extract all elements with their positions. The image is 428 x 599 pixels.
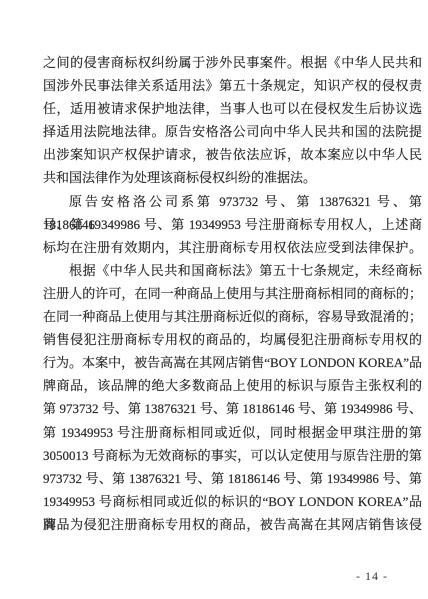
- text-line: 出涉案知识产权保护请求，被告依法应诉，故本案应以中华人民: [43, 143, 422, 166]
- text-line: 任，适用被请求保护地法律，当事人也可以在侵权发生后协议选: [43, 97, 422, 120]
- text-line: 牌商品，该品牌的绝大多数商品上使用的标识与原告主张权利的: [43, 374, 422, 397]
- page-number: - 14 -: [356, 569, 388, 583]
- text-line: 行为。本案中，被告高嵩在其网店销售“BOY LONDON KOREA”品: [43, 351, 422, 374]
- text-line: 商品为侵犯注册商标专用权的商品，被告高嵩在其网店销售该侵: [43, 513, 422, 536]
- text-line: 19349953 号商标相同或近似的标识的“BOY LONDON KOREA”品…: [43, 490, 422, 513]
- text-line: 标均在注册有效期内，其注册商标专用权依法应受到法律保护。: [43, 236, 422, 259]
- document-page: 之间的侵害商标权纠纷属于涉外民事案件。根据《中华人民共和 国涉外民事法律关系适用…: [0, 0, 428, 599]
- text-line: 国涉外民事法律关系适用法》第五十条规定，知识产权的侵权责: [43, 74, 422, 97]
- text-line: 注册人的许可，在同一种商品上使用与其注册商标相同的商标的；: [43, 282, 422, 305]
- text-line: 第 973732 号、第 13876321 号、第 18186146 号、第 1…: [43, 397, 422, 420]
- text-line: 共和国法律作为处理该商标侵权纠纷的准据法。: [43, 166, 422, 189]
- text-line: 973732 号、第 13876321 号、第 18186146 号、第 193…: [43, 467, 422, 490]
- text-line: 原告安格洛公司系第 973732 号、第 13876321 号、第 181861…: [43, 190, 422, 213]
- text-line: 择适用法院地法律。原告安格洛公司向中华人民共和国的法院提: [43, 120, 422, 143]
- text-line: 3050013 号商标为无效商标的事实，可以认定使用与原告注册的第: [43, 444, 422, 467]
- text-line: 销售侵犯注册商标专用权的商品的，均属侵犯注册商标专用权的: [43, 328, 422, 351]
- document-body: 之间的侵害商标权纠纷属于涉外民事案件。根据《中华人民共和 国涉外民事法律关系适用…: [43, 51, 422, 536]
- text-line: 第 19349953 号注册商标相同或近似，同时根据金甲琪注册的第: [43, 421, 422, 444]
- text-line: 在同一种商品上使用与其注册商标近似的商标，容易导致混淆的；: [43, 305, 422, 328]
- text-line: 号、第 19349986 号、第 19349953 号注册商标专用权人，上述商: [43, 213, 422, 236]
- text-line: 之间的侵害商标权纠纷属于涉外民事案件。根据《中华人民共和: [43, 51, 422, 74]
- text-line: 根据《中华人民共和国商标法》第五十七条规定，未经商标: [43, 259, 422, 282]
